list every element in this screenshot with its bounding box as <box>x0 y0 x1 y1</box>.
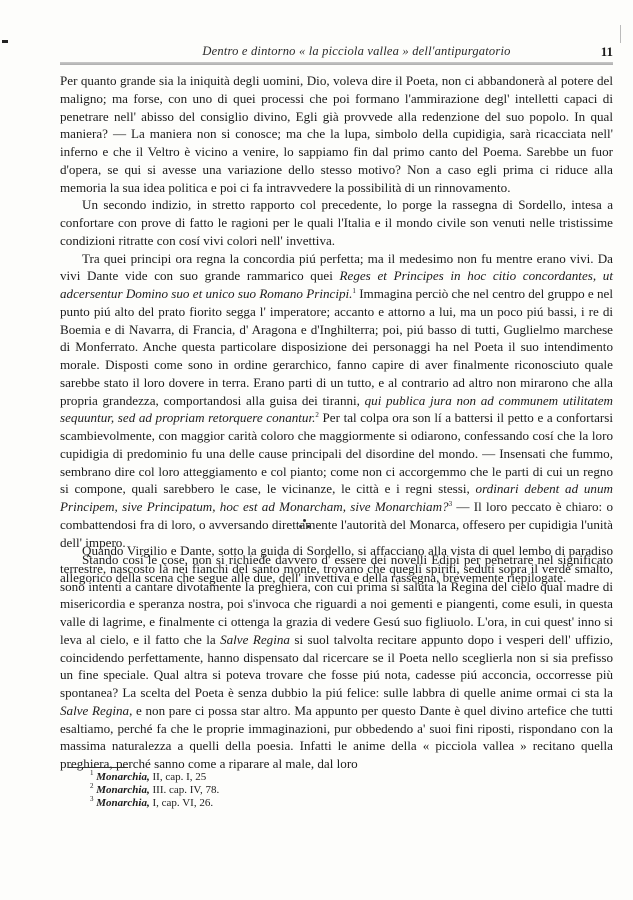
footnote-ref-text: III. cap. IV, 78. <box>150 784 219 796</box>
section-break-asterism <box>297 519 313 533</box>
text-run: Un secondo indizio, in stretto rapporto … <box>60 197 613 248</box>
scan-margin-mark <box>620 25 621 43</box>
footnote-ref-text: II, cap. I, 25 <box>150 771 207 783</box>
footnote: 2 Monarchia, III. cap. IV, 78. <box>90 784 219 797</box>
body-text: Per quanto grande sia la iniquità degli … <box>60 72 613 587</box>
scan-margin-mark <box>2 40 8 43</box>
paragraph: Tra quei principi ora regna la concordia… <box>60 250 613 552</box>
text-run: Immagina perciò che nel centro del grupp… <box>60 286 613 408</box>
latin-quote: Salve Regina <box>60 703 129 718</box>
paragraph: Per quanto grande sia la iniquità degli … <box>60 72 613 196</box>
page-number: 11 <box>601 44 613 60</box>
text-run: , e non pare ci possa star altro. Ma app… <box>60 703 613 771</box>
footnote-work: Monarchia, <box>94 771 150 783</box>
footnote-work: Monarchia, <box>94 797 150 809</box>
latin-quote: Salve Regina <box>220 632 290 647</box>
footnote-rule <box>68 767 128 768</box>
footnote-work: Monarchia, <box>94 784 150 796</box>
body-text-section-2: Quando Virgilio e Dante, sotto la guida … <box>60 542 613 773</box>
header-rule <box>60 62 613 65</box>
scanned-book-page: Dentro e dintorno « la picciola vallea »… <box>0 0 633 900</box>
running-title: Dentro e dintorno « la picciola vallea »… <box>140 44 573 59</box>
paragraph: Quando Virgilio e Dante, sotto la guida … <box>60 542 613 773</box>
page-header: Dentro e dintorno « la picciola vallea »… <box>60 44 613 60</box>
footnote-ref-text: I, cap. VI, 26. <box>150 797 213 809</box>
footnote: 1 Monarchia, II, cap. I, 25 <box>90 771 219 784</box>
footnotes: 1 Monarchia, II, cap. I, 252 Monarchia, … <box>90 771 219 810</box>
text-run: Per quanto grande sia la iniquità degli … <box>60 73 613 195</box>
footnote: 3 Monarchia, I, cap. VI, 26. <box>90 797 219 810</box>
paragraph: Un secondo indizio, in stretto rapporto … <box>60 196 613 249</box>
